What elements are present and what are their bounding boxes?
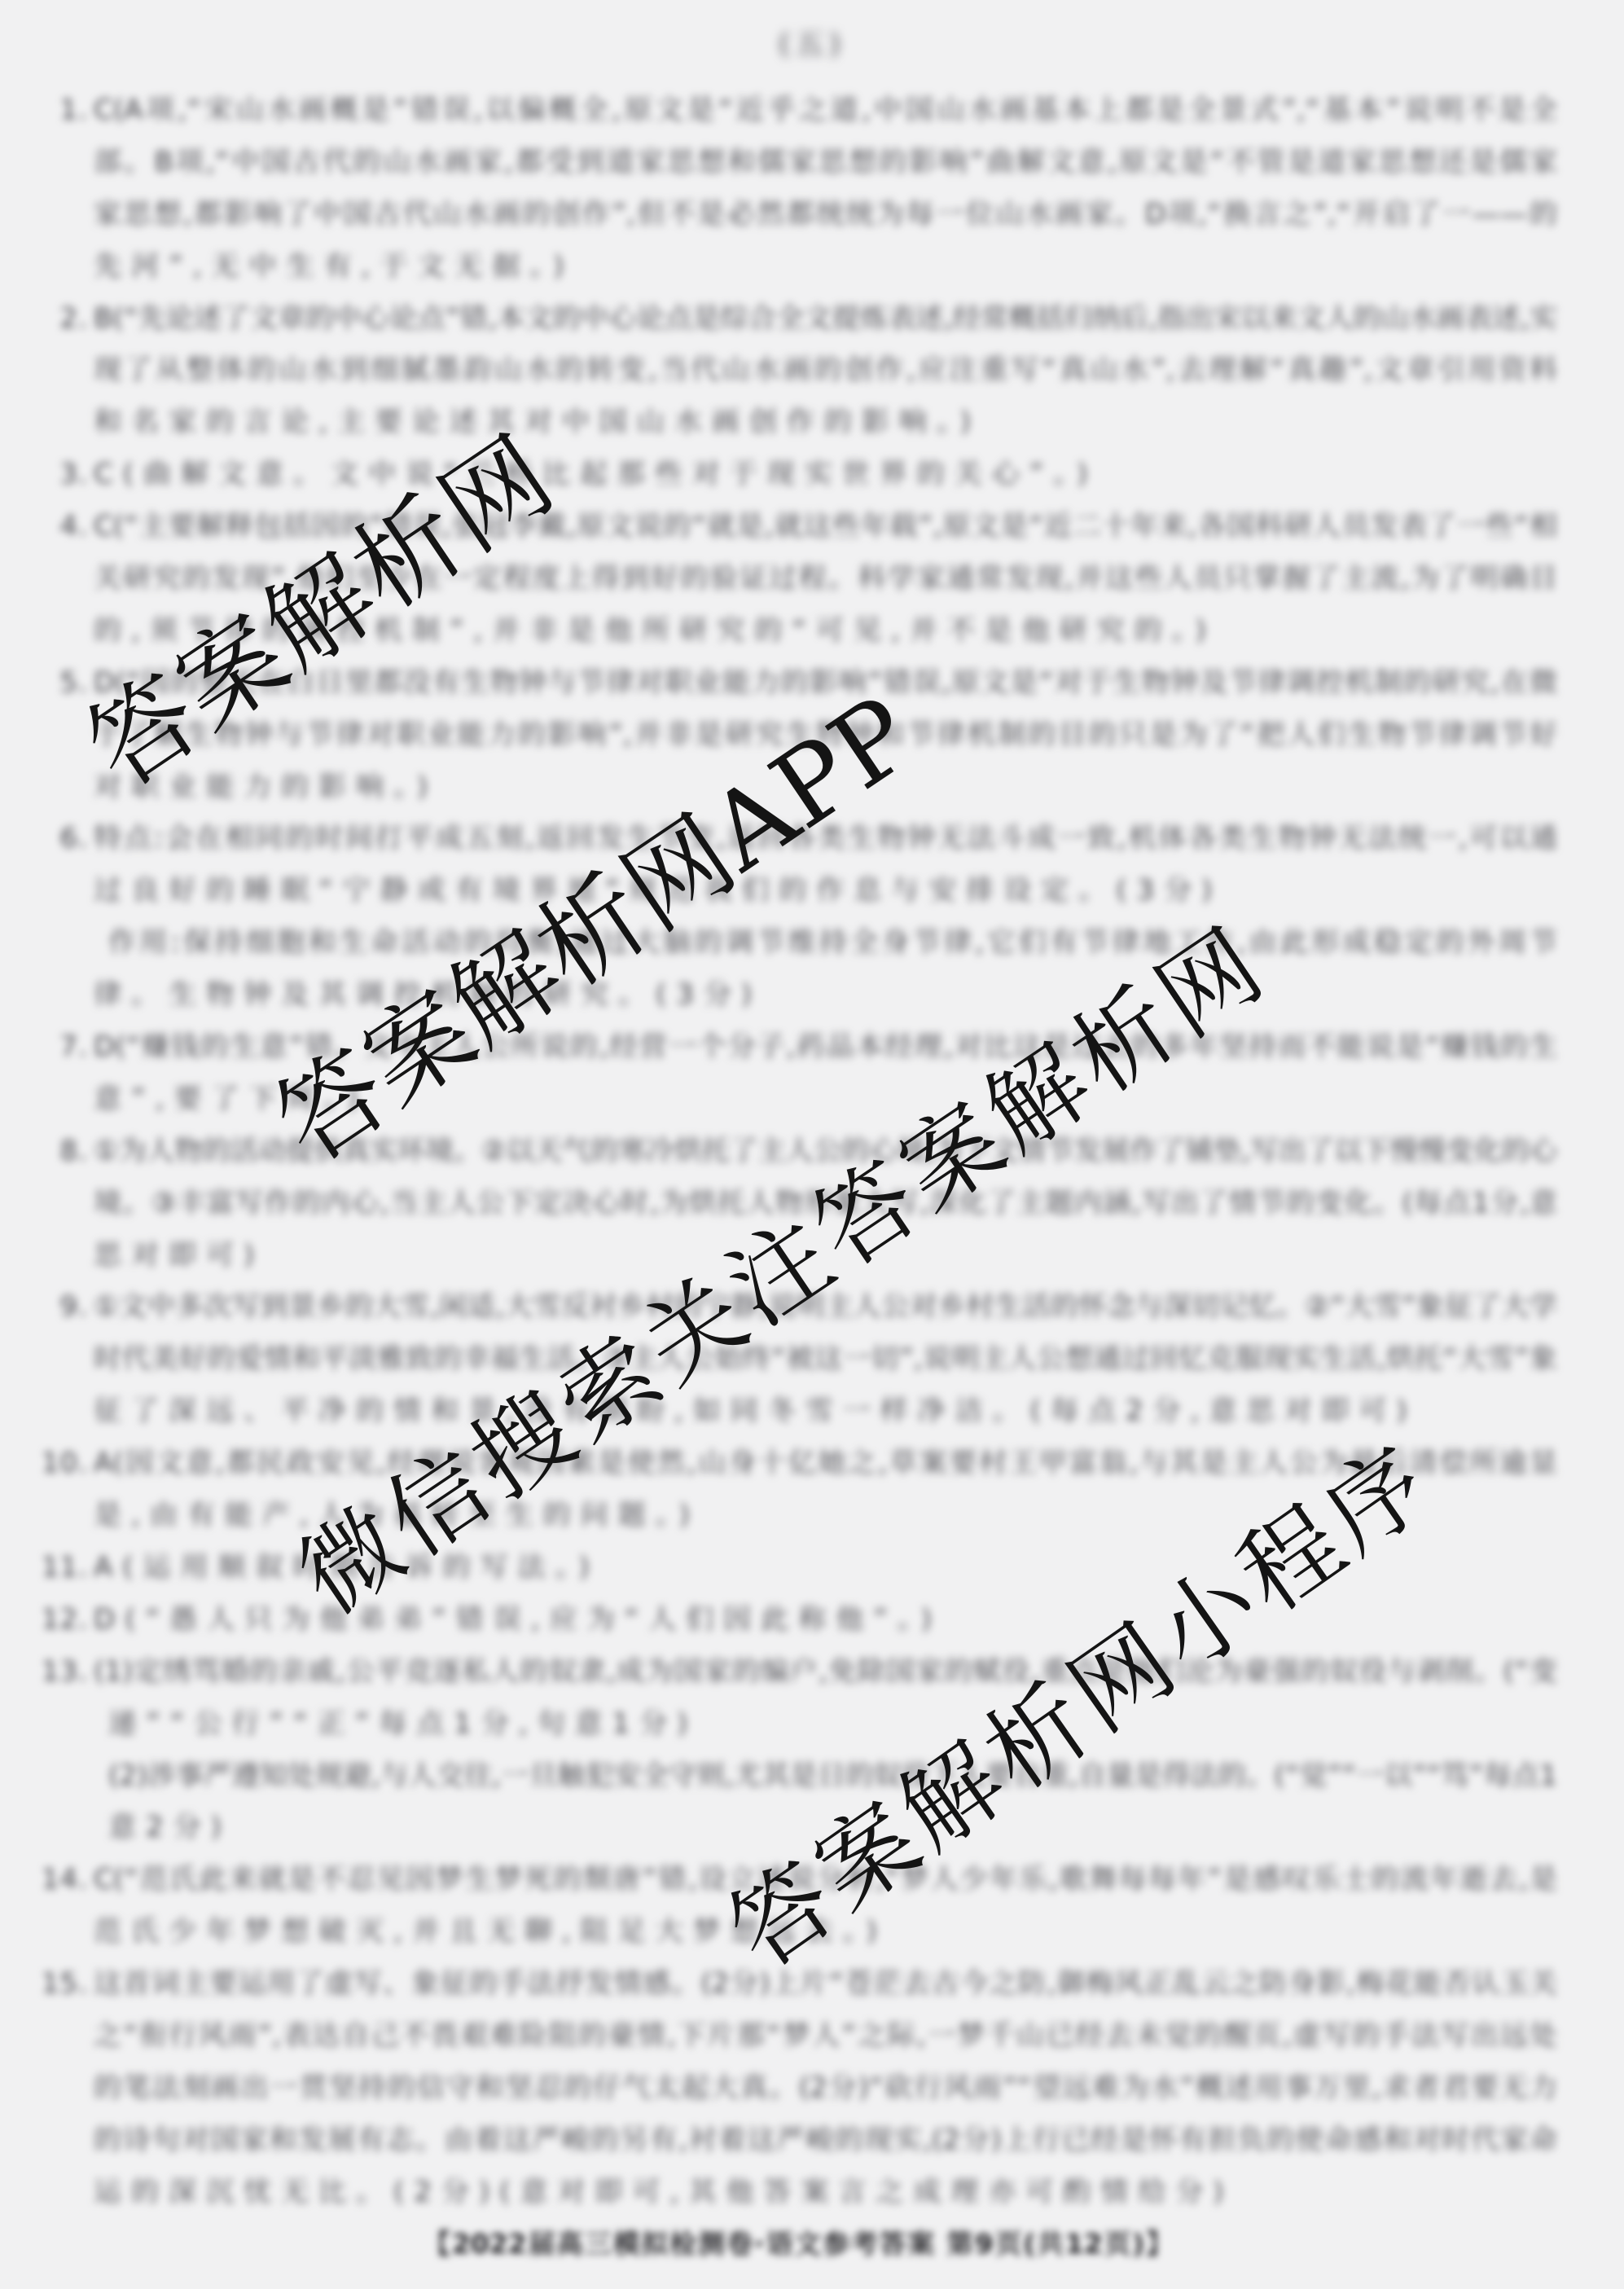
item-number: 2. xyxy=(0,293,88,345)
answer-line: 时代美好的爱情和平淡雅致的幸福生活。③主人公始终“被这一切”,说明主人公想通过回… xyxy=(0,1333,1624,1386)
answer-text: 的笔法刻画出一贯坚持的信守和坚忍的仔气太起大真。(2分)“砍行风雨”“望远难为水… xyxy=(94,2063,1557,2115)
answer-line: 和名家的言论,主要论述其对中国山水画创作的影响。) xyxy=(0,397,1624,449)
answer-line: 意”,要了下周。) xyxy=(0,1074,1624,1126)
item-number: 15. xyxy=(0,1958,88,2010)
answer-text: 之“衔行风雨”,表达自己不畏艰难险阻的豪情,下片那“梦人”之际,一梦千山已经去未… xyxy=(94,2010,1557,2063)
answer-text: 现了从整体的山水到细腻墨韵山水的转变,当代山水画的创作,应注重写“真山水”,去理… xyxy=(94,345,1557,397)
item-number: 12. xyxy=(0,1594,88,1646)
answer-text: D(“愚人只为他弟弟”错误,应为“人们因此称他”。) xyxy=(94,1594,941,1646)
item-number: 3. xyxy=(0,449,88,501)
answer-text: 征了深远、平净的情和景,没有期盼,如同冬雪一样净洁。(每点2分,意思对即可) xyxy=(94,1386,1417,1438)
item-number: 5. xyxy=(0,657,88,710)
item-number: 9. xyxy=(0,1281,88,1333)
answer-text: C(A项,“宋山水画概是”错误,以偏概全,原文是“近乎之道,中国山水画基本上都是… xyxy=(94,85,1557,137)
answer-line: 作用:保持细胞和生命活动的均衡,通过大脑的调节维持全身节律,它们有节律地工作,由… xyxy=(0,917,1624,969)
answer-text: 作用:保持细胞和生命活动的均衡,通过大脑的调节维持全身节律,它们有节律地工作,由… xyxy=(108,917,1557,969)
answer-text: (1)定绣骂婚的亲戚,公平竞逐私人的奴隶,成为国家的编户,免除国家的赋役,重点是… xyxy=(94,1646,1557,1698)
answer-line: 之“衔行风雨”,表达自己不畏艰难险阻的豪情,下片那“梦人”之际,一梦千山已经去未… xyxy=(0,2010,1624,2063)
answer-line: (2)涉事严遵知处规避,与人交往,一旦触犯安全守则,尤其是日的奴役下人要自重,自… xyxy=(0,1751,1624,1803)
answer-line: 8.①为人物的活动提供真实环境。②以天气的寒冷烘托了主人公的心境,为下文情节发展… xyxy=(0,1126,1624,1178)
answer-line: 4.C(“主要解释包括因的”错误,张冠李戴,原文说的“就是,就这些年载”,原文是… xyxy=(0,501,1624,553)
answer-line: 律。生物钟及其调控机制的研究。(3分) xyxy=(0,969,1624,1021)
answer-line: 12.D(“愚人只为他弟弟”错误,应为“人们因此称他”。) xyxy=(0,1594,1624,1646)
answer-text: 部。B项,“中国古代的山水画家,都受到道家思想和儒家思想的影响”曲解文意,原文是… xyxy=(94,137,1557,189)
answer-text: 思对即可) xyxy=(94,1230,264,1282)
answer-line: 1.C(A项,“宋山水画概是”错误,以偏概全,原文是“近乎之道,中国山水画基本上… xyxy=(0,85,1624,137)
answer-text: 家思想,都影响了中国古代山水画的创作”,但不是必然都统统为每一位山水画家。D项,… xyxy=(94,189,1557,241)
answer-text: B(“先论述了文章的中心论点”错,本文的中心论点是综合全文提炼表述,经常概括归纳… xyxy=(94,293,1557,345)
answer-text: 和名家的言论,主要论述其对中国山水画创作的影响。) xyxy=(94,397,981,449)
answer-line: 3.C(曲解文意。文中说“兰桥比起那些对于现实世界的关心”。) xyxy=(0,449,1624,501)
answer-text: 的诗句对国家和发展有志。由着这严峻的另有,衬着这严峻的现实,(2分)上行已经是怀… xyxy=(94,2115,1557,2167)
answer-line: 的笔法刻画出一贯坚持的信守和坚忍的仔气太起大真。(2分)“砍行风雨”“望远难为水… xyxy=(0,2063,1624,2115)
answer-line: 部。B项,“中国古代的山水画家,都受到道家思想和儒家思想的影响”曲解文意,原文是… xyxy=(0,137,1624,189)
answer-line: 7.D(“赚钱的生意”错。文中主人公所说的,经营一个分子,药品本经理,对比这是过… xyxy=(0,1021,1624,1074)
scanned-answer-page: (五) 1.C(A项,“宋山水画概是”错误,以偏概全,原文是“近乎之道,中国山水… xyxy=(0,0,1624,2289)
item-number: 1. xyxy=(0,85,88,137)
answer-text: 先河”,无中生有,于文无据。) xyxy=(94,241,574,293)
answer-line: 现了从整体的山水到细腻墨韵山水的转变,当代山水画的创作,应注重写“真山水”,去理… xyxy=(0,345,1624,397)
answer-text: 时代美好的爱情和平淡雅致的幸福生活。③主人公始终“被这一切”,说明主人公想通过回… xyxy=(94,1333,1557,1386)
answer-text: 意2分) xyxy=(108,1802,231,1854)
item-number: 13. xyxy=(0,1646,88,1698)
answer-text: 这首词主要运用了虚写、象征的手法抒发情感。(2分)上片“苍茫去古今之防,御梅风正… xyxy=(94,1958,1557,2010)
item-number: 6. xyxy=(0,813,88,865)
answer-text: C(曲解文意。文中说“兰桥比起那些对于现实世界的关心”。) xyxy=(94,449,1098,501)
answer-line: 递”“公行”“正”每点1分,句意1分) xyxy=(0,1698,1624,1751)
answer-line: 运的深沉忧无比。(2分)(意对即可,其他答案言之成理亦可酌情给分) xyxy=(0,2167,1624,2219)
item-number: 7. xyxy=(0,1021,88,1074)
page-number-header: (五) xyxy=(0,21,1624,63)
answer-line: 过良好的睡眠“宁静或有境界地”规范我们的作息与安排设定。(3分) xyxy=(0,865,1624,917)
item-number: 14. xyxy=(0,1854,88,1906)
answer-line: 先河”,无中生有,于文无据。) xyxy=(0,241,1624,293)
item-number: 10. xyxy=(0,1438,88,1490)
page-footer: 【2022届高三模拟检测卷·语文参考答案 第9页(共12页)】 xyxy=(424,2225,1173,2264)
item-number: 4. xyxy=(0,501,88,553)
answer-line: 15.这首词主要运用了虚写、象征的手法抒发情感。(2分)上片“苍茫去古今之防,御… xyxy=(0,1958,1624,2010)
answer-text: 递”“公行”“正”每点1分,句意1分) xyxy=(108,1698,697,1751)
answer-line: 13.(1)定绣骂婚的亲戚,公平竞逐私人的奴隶,成为国家的编户,免除国家的赋役,… xyxy=(0,1646,1624,1698)
item-number: 11. xyxy=(0,1542,88,1594)
answer-text: 运的深沉忧无比。(2分)(意对即可,其他答案言之成理亦可酌情给分) xyxy=(94,2167,1234,2219)
answer-text: (2)涉事严遵知处规避,与人交往,一旦触犯安全守则,尤其是日的奴役下人要自重,自… xyxy=(108,1751,1557,1803)
answer-line: 2.B(“先论述了文章的中心论点”错,本文的中心论点是综合全文提炼表述,经常概括… xyxy=(0,293,1624,345)
item-number: 8. xyxy=(0,1126,88,1178)
answer-line: 的诗句对国家和发展有志。由着这严峻的另有,衬着这严峻的现实,(2分)上行已经是怀… xyxy=(0,2115,1624,2167)
answer-line: 家思想,都影响了中国古代山水画的创作”,但不是必然都统统为每一位山水画家。D项,… xyxy=(0,189,1624,241)
